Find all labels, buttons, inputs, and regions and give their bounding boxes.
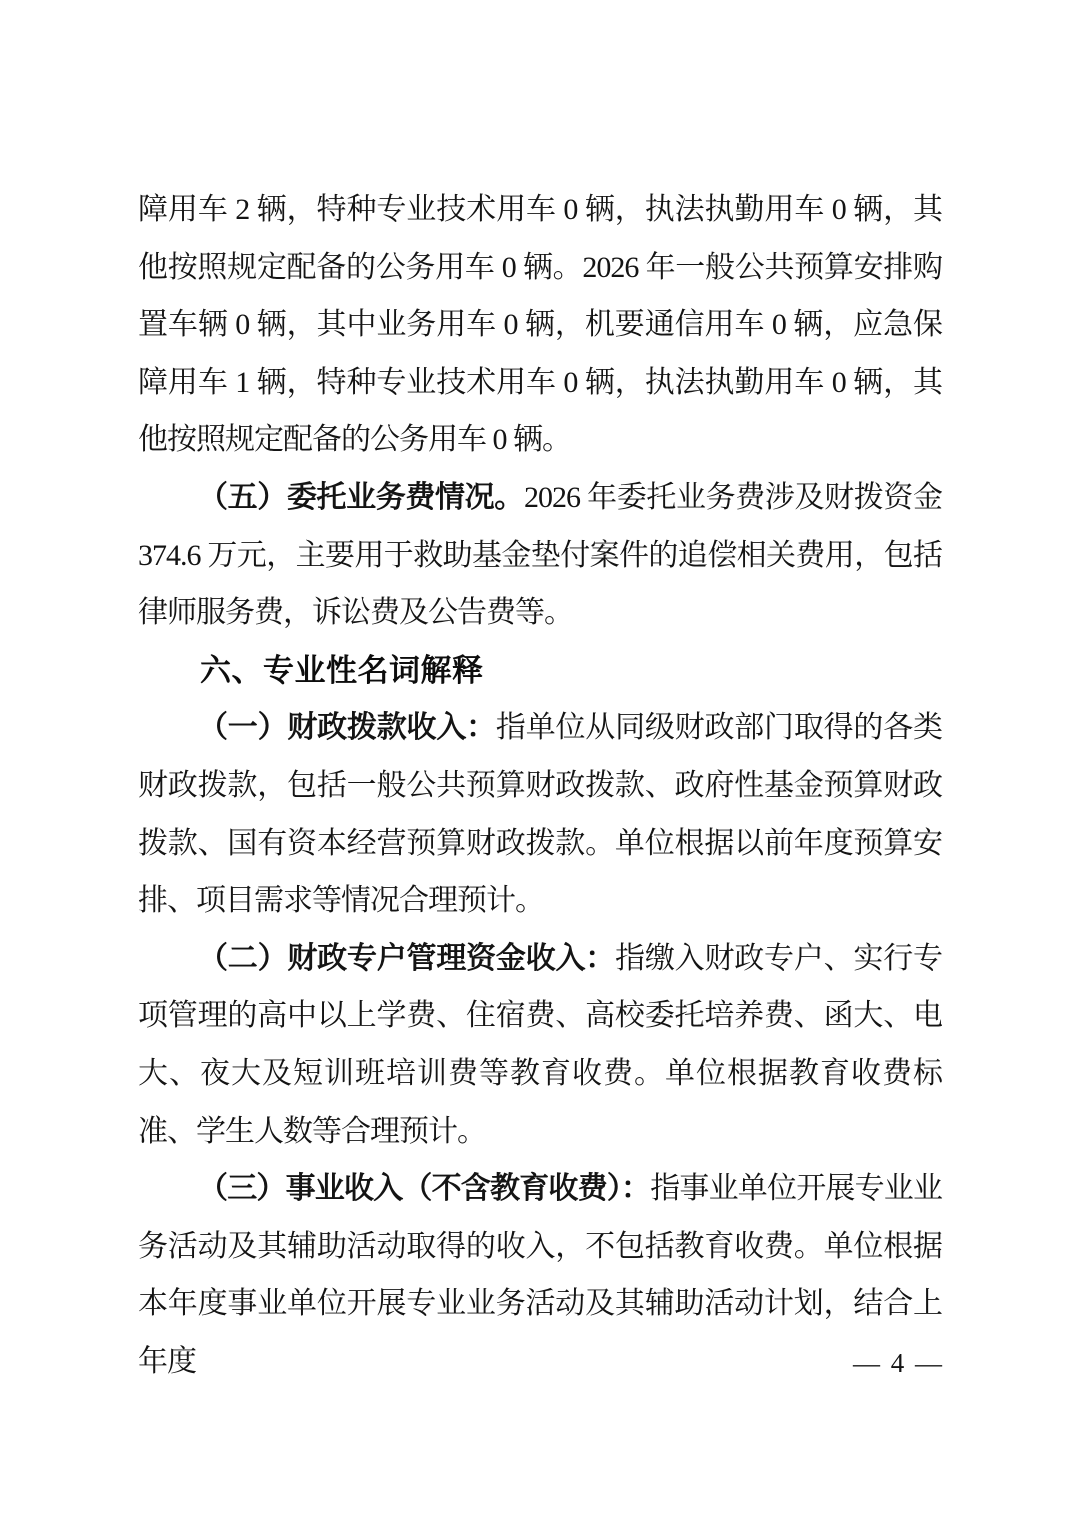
paragraph: （二）财政专户管理资金收入：指缴入财政专户、实行专项管理的高中以上学费、住宿费、… — [138, 930, 942, 1160]
document-page: 障用车 2 辆，特种专业技术用车 0 辆，执法执勤用车 0 辆，其他按照规定配备… — [0, 0, 1074, 1520]
section-heading: 六、专业性名词解释 — [138, 642, 942, 700]
heading-text: 六、专业性名词解释 — [200, 653, 484, 688]
paragraph-lead-bold: （一）财政拨款收入： — [198, 711, 496, 744]
paragraph: （一）财政拨款收入：指单位从同级财政部门取得的各类财政拨款，包括一般公共预算财政… — [138, 699, 942, 929]
paragraph-lead-bold: （二）财政专户管理资金收入： — [198, 942, 615, 975]
document-body: 障用车 2 辆，特种专业技术用车 0 辆，执法执勤用车 0 辆，其他按照规定配备… — [138, 181, 942, 1390]
page-footer: — 4 — — [853, 1348, 944, 1379]
page-number: — 4 — — [853, 1348, 944, 1378]
paragraph: （五）委托业务费情况。2026 年委托业务费涉及财拨资金 374.6 万元，主要… — [138, 469, 942, 642]
paragraph: （三）事业收入（不含教育收费）：指事业单位开展专业业务活动及其辅助活动取得的收入… — [138, 1160, 942, 1390]
paragraph: 障用车 2 辆，特种专业技术用车 0 辆，执法执勤用车 0 辆，其他按照规定配备… — [138, 181, 942, 469]
paragraph-lead-bold: （五）委托业务费情况。 — [198, 481, 524, 514]
paragraph-text: 障用车 2 辆，特种专业技术用车 0 辆，执法执勤用车 0 辆，其他按照规定配备… — [138, 193, 942, 456]
paragraph-lead-bold: （三）事业收入（不含教育收费）： — [198, 1172, 650, 1205]
